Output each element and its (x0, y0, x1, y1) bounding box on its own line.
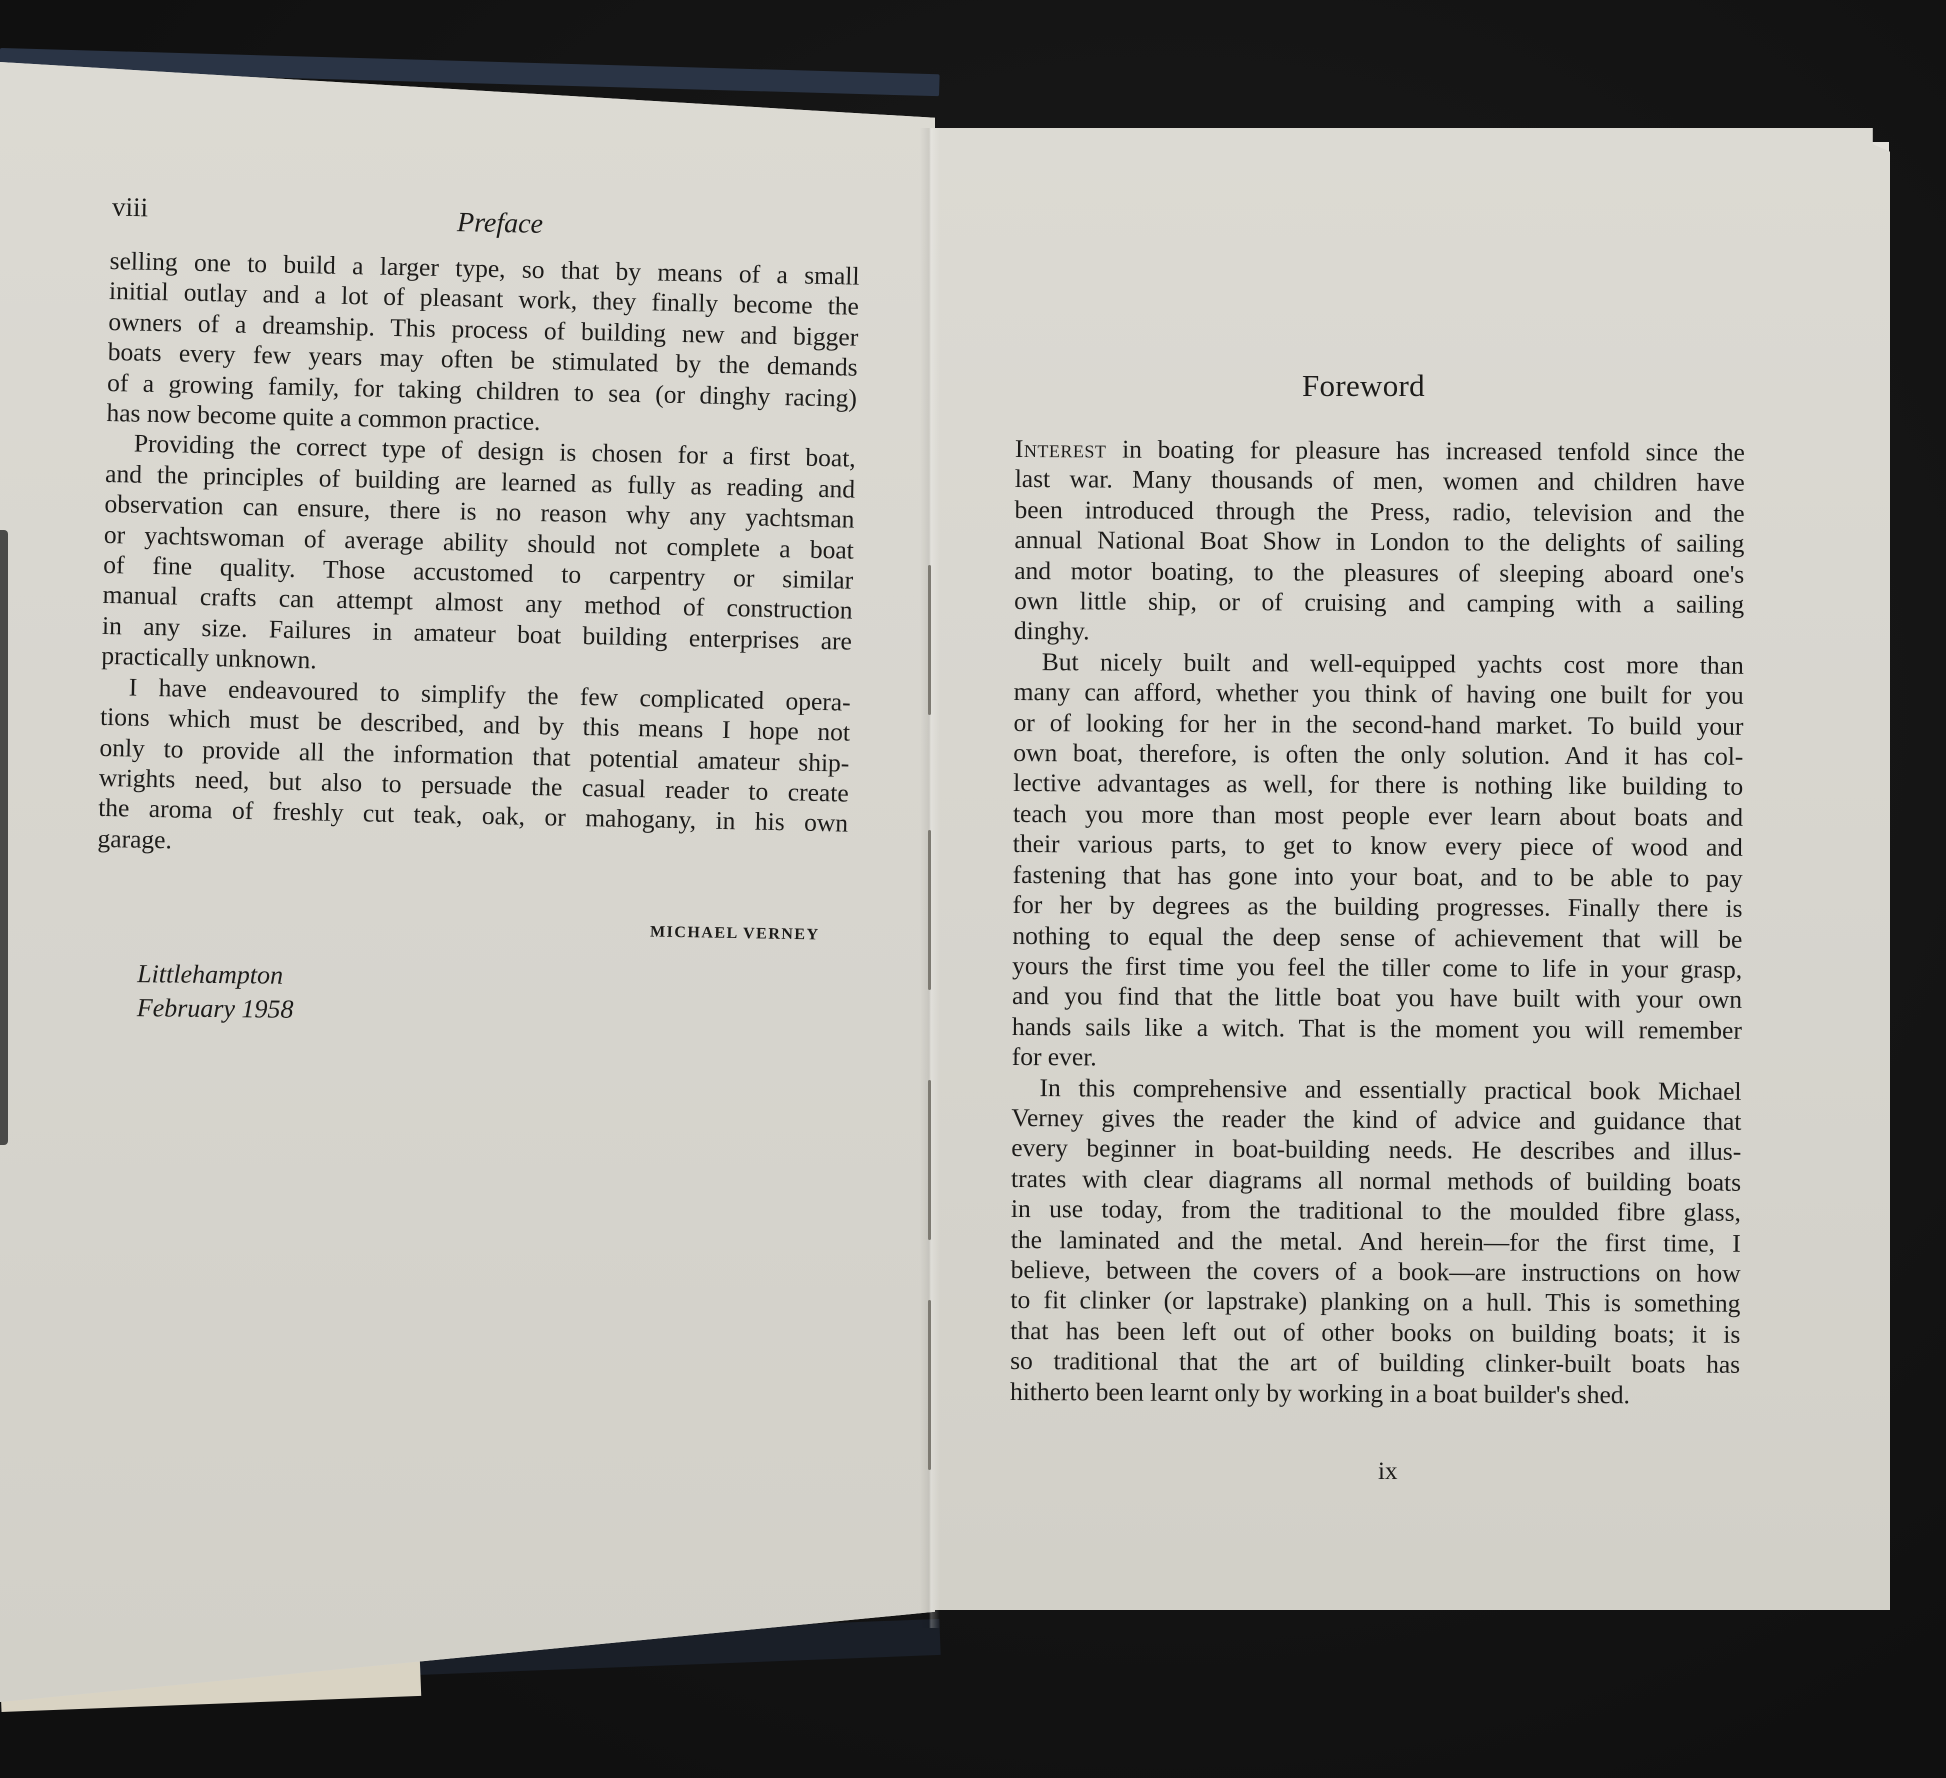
binding-stitch (928, 1300, 931, 1470)
text-line: the laminated and the metal. And herein—… (1011, 1225, 1741, 1259)
text-line: to fit clinker (or lapstrake) planking o… (1010, 1285, 1740, 1319)
text-line: been introduced through the Press, radio… (1015, 495, 1745, 529)
date: February 1958 (137, 991, 294, 1027)
text-line: lective advantages as well, for there is… (1013, 768, 1743, 802)
binding-stitch (928, 1080, 931, 1240)
text-line: hands sails like a witch. That is the mo… (1012, 1012, 1742, 1046)
paragraph: Interest in boating for pleasure has inc… (1014, 434, 1745, 651)
text-line: fastening that has gone into your boat, … (1013, 860, 1743, 894)
text-line: Verney gives the reader the kind of advi… (1011, 1103, 1741, 1137)
text-line: trates with clear diagrams all normal me… (1011, 1164, 1741, 1198)
opening-word: Interest (1015, 434, 1107, 463)
text-line: for ever. (1012, 1042, 1742, 1076)
chapter-title: Foreword (1302, 368, 1425, 404)
text-line: nothing to equal the deep sense of achie… (1012, 920, 1742, 954)
place-date: Littlehampton February 1958 (137, 957, 294, 1027)
text-line: believe, between the covers of a book—ar… (1011, 1255, 1741, 1289)
text-line: In this comprehensive and essentially pr… (1011, 1073, 1741, 1107)
place: Littlehampton (137, 957, 294, 993)
page-number-left: viii (112, 192, 149, 224)
text-line: so traditional that the art of building … (1010, 1346, 1740, 1380)
text-line: every beginner in boat-building needs. H… (1011, 1133, 1741, 1167)
foreword-body: Interest in boating for pleasure has inc… (1010, 434, 1745, 1411)
text-line: that has been left out of other books on… (1010, 1316, 1740, 1350)
author-signature: MICHAEL VERNEY (650, 924, 820, 945)
paragraph: Providing the correct type of design is … (101, 428, 856, 687)
text-line: dinghy. (1014, 616, 1744, 650)
text-line: in use today, from the traditional to th… (1011, 1194, 1741, 1228)
text-line: and you find that the little boat you ha… (1012, 981, 1742, 1015)
text-line: hitherto been learnt only by working in … (1010, 1377, 1740, 1411)
paragraph: I have endeavoured to simplify the few c… (97, 672, 851, 870)
text-line: yours the first time you feel the tiller… (1012, 951, 1742, 985)
text-line: their various parts, to get to know ever… (1013, 829, 1743, 863)
text-line: and motor boating, to the pleasures of s… (1014, 556, 1744, 590)
text-line: own little ship, or of cruising and camp… (1014, 586, 1744, 620)
text-line: But nicely built and well-equipped yacht… (1014, 647, 1744, 681)
text-line: last war. Many thousands of men, women a… (1015, 464, 1745, 498)
text-line: many can afford, whether you think of ha… (1014, 677, 1744, 711)
running-head: Preface (457, 207, 544, 241)
text-line: or of looking for her in the second-hand… (1013, 708, 1743, 742)
photo-strip (0, 530, 8, 1145)
text-line: Interest in boating for pleasure has inc… (1015, 434, 1745, 468)
binding-stitch (928, 830, 931, 990)
text-line: own boat, therefore, is often the only s… (1013, 738, 1743, 772)
paragraph: In this comprehensive and essentially pr… (1010, 1073, 1742, 1411)
text-line: for her by degrees as the building progr… (1012, 890, 1742, 924)
paragraph: But nicely built and well-equipped yacht… (1012, 647, 1744, 1077)
preface-body: selling one to build a larger type, so t… (97, 246, 860, 870)
text-line: annual National Boat Show in London to t… (1014, 525, 1744, 559)
page-number-right: ix (1378, 1458, 1397, 1486)
text-line: teach you more than most people ever lea… (1013, 799, 1743, 833)
binding-stitch (928, 565, 931, 715)
paragraph: selling one to build a larger type, so t… (106, 246, 860, 444)
